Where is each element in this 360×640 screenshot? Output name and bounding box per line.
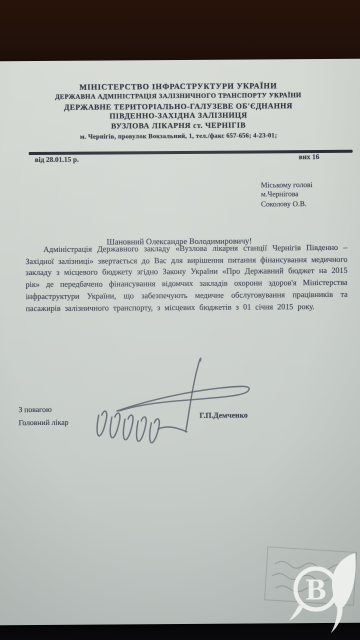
addressee-block: Міському голові м.Чернігова Соколову О.В… — [261, 180, 313, 209]
signer-name: Г.П.Демченко — [199, 411, 247, 420]
leaf-tail-icon — [331, 604, 343, 633]
leaf-icon — [332, 553, 356, 608]
watermark-letter: В — [306, 572, 327, 607]
addressee-line2: м.Чернігова — [261, 189, 313, 199]
letter-document: МІНІСТЕРСТВО ІНФРАСТРУКТУРИ УКРАЇНИ ДЕРЖ… — [0, 59, 360, 626]
closing-respect: З повагою — [18, 403, 68, 416]
ref-date: від 28.01.15 р. — [35, 156, 79, 164]
closing-block: З повагою Головний лікар — [18, 403, 68, 429]
photo-background: МІНІСТЕРСТВО ІНФРАСТРУКТУРИ УКРАЇНИ ДЕРЖ… — [0, 0, 360, 640]
letterhead: МІНІСТЕРСТВО ІНФРАСТРУКТУРИ УКРАЇНИ ДЕРЖ… — [0, 81, 359, 143]
body-paragraph: Адміністрація Державного закладу «Вузлов… — [25, 242, 347, 314]
closing-title: Головний лікар — [19, 416, 69, 429]
watermark-logo: В — [289, 551, 358, 639]
stem-icon — [289, 605, 303, 621]
addressee-line1: Міському голові — [261, 180, 313, 190]
ref-outgoing-number: вих 16 — [299, 153, 320, 161]
org-address: м. Чернігів, провулок Вокзальний, 1, тел… — [0, 131, 359, 143]
handwritten-signature-icon — [88, 353, 261, 450]
addressee-line3: Соколову О.В. — [261, 199, 313, 209]
